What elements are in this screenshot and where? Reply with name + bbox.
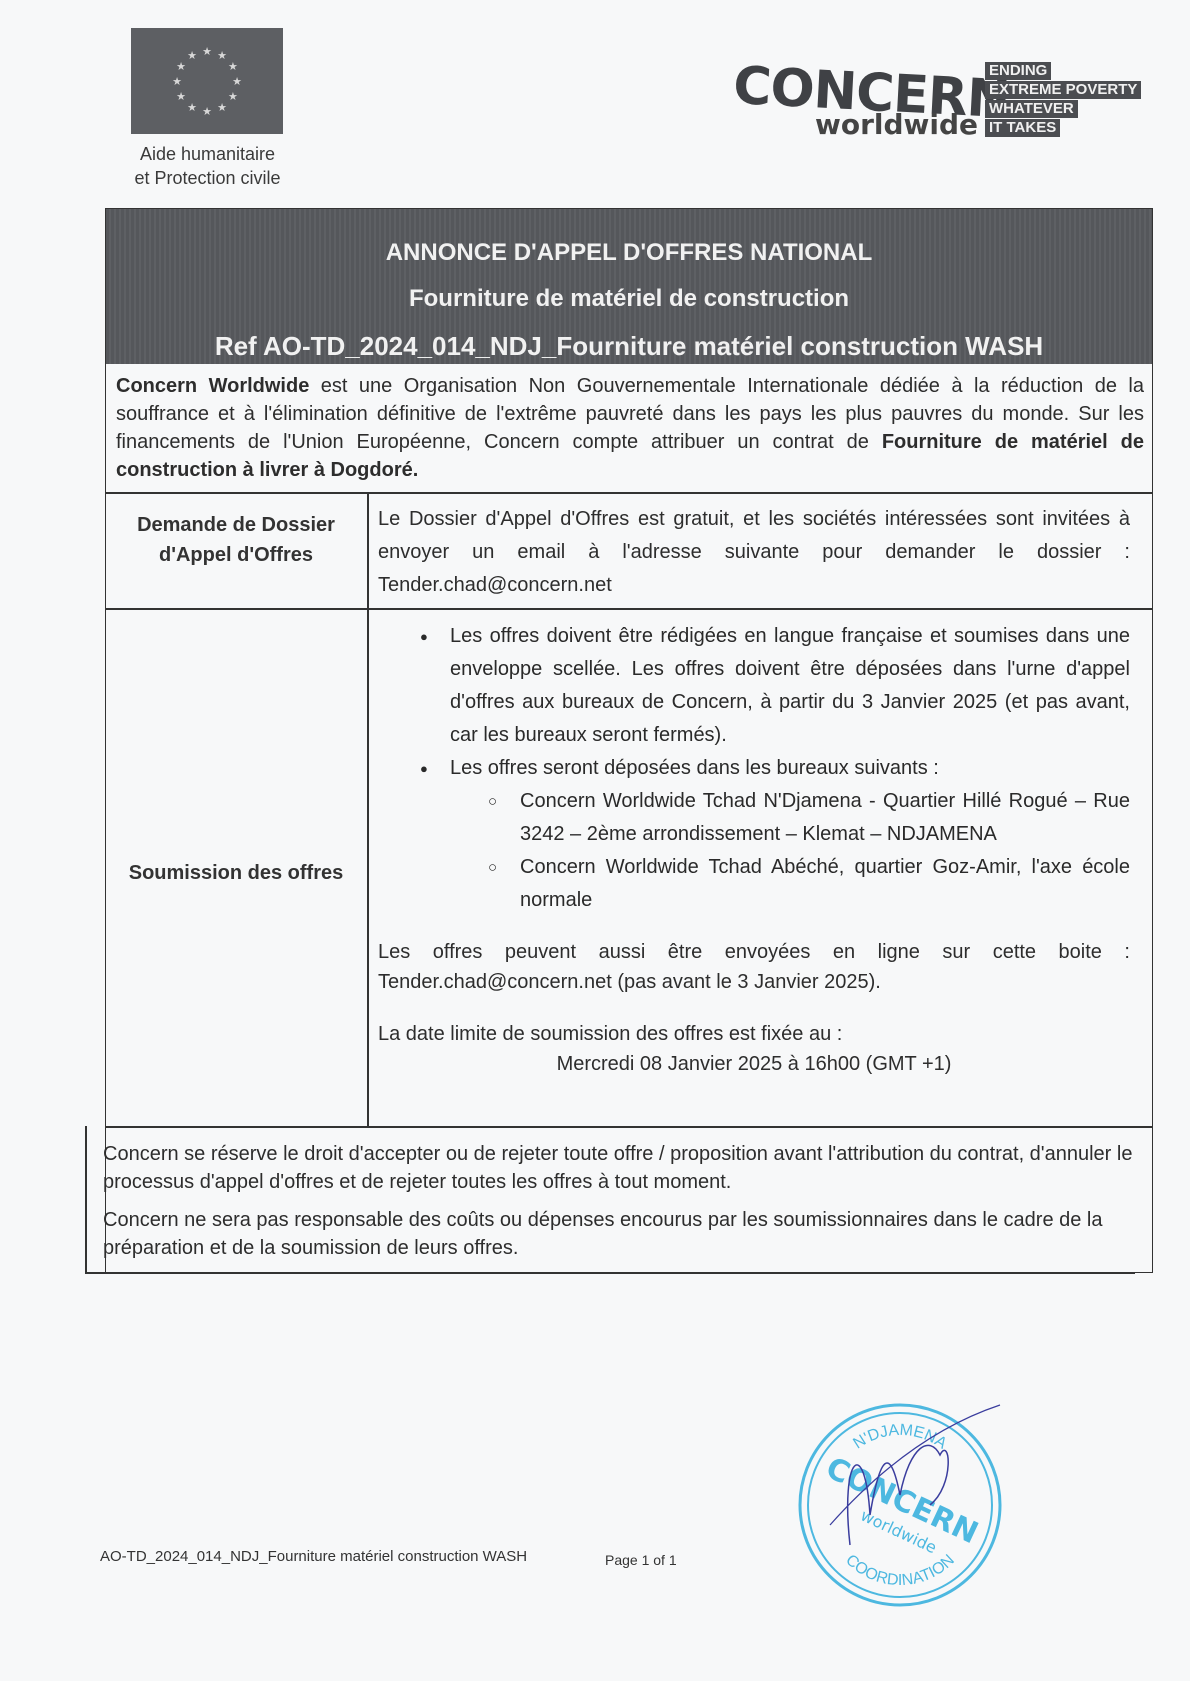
svg-text:★: ★ (176, 91, 186, 103)
svg-text:★: ★ (202, 106, 212, 118)
svg-text:★: ★ (232, 76, 242, 88)
office-list: Concern Worldwide Tchad N'Djamena - Quar… (450, 785, 1130, 917)
submission-bullets: Les offres doivent être rédigées en lang… (378, 620, 1130, 917)
row-text-demande-dossier: Le Dossier d'Appel d'Offres est gratuit,… (378, 503, 1130, 602)
row-label-soumission: Soumission des offres (110, 858, 362, 888)
title-band: ANNONCE D'APPEL D'OFFRES NATIONAL Fourni… (106, 209, 1152, 364)
submission-content: Les offres doivent être rédigées en lang… (378, 620, 1130, 1079)
official-stamp: N'DJAMENA COORDINATION CONCERN worldwide (790, 1395, 1010, 1615)
notes-left-border (85, 1126, 87, 1273)
footer-page-number: Page 1 of 1 (605, 1552, 677, 1568)
disclaimer-1: Concern se réserve le droit d'accepter o… (103, 1140, 1153, 1196)
eu-flag-logo: ★★★★★★★★★★★★ (131, 28, 283, 134)
office-item: Concern Worldwide Tchad Abéché, quartier… (450, 851, 1130, 917)
svg-text:COORDINATION: COORDINATION (842, 1552, 958, 1590)
svg-text:★: ★ (228, 91, 238, 103)
eu-flag-icon: ★★★★★★★★★★★★ (131, 28, 283, 134)
title-line1: ANNONCE D'APPEL D'OFFRES NATIONAL (106, 239, 1152, 267)
divider (105, 492, 1153, 494)
svg-text:★: ★ (187, 102, 197, 114)
svg-text:★: ★ (176, 61, 186, 73)
disclaimer-notes: Concern se réserve le droit d'accepter o… (103, 1140, 1153, 1272)
deadline-intro: La date limite de soumission des offres … (378, 1019, 1130, 1049)
svg-text:★: ★ (228, 61, 238, 73)
concern-logo-sub: worldwide (815, 108, 978, 141)
svg-text:★: ★ (187, 50, 197, 62)
deadline-date: Mercredi 08 Janvier 2025 à 16h00 (GMT +1… (378, 1049, 1130, 1079)
row-label-demande-dossier: Demande de Dossier d'Appel d'Offres (110, 510, 362, 570)
online-submission-text: Les offres peuvent aussi être envoyées e… (378, 937, 1130, 997)
svg-text:★: ★ (172, 76, 182, 88)
divider (105, 608, 1153, 610)
eu-logo-caption: Aide humanitaire et Protection civile (110, 142, 305, 190)
column-divider (367, 492, 369, 1127)
list-item: Les offres seront déposées dans les bure… (378, 752, 1130, 917)
intro-paragraph: Concern Worldwide est une Organisation N… (116, 372, 1144, 484)
concern-tagline: ENDING EXTREME POVERTY WHATEVER IT TAKES (985, 62, 1141, 138)
title-reference: Ref AO-TD_2024_014_NDJ_Fourniture matéri… (106, 331, 1152, 362)
svg-text:★: ★ (202, 46, 212, 58)
footer-doc-reference: AO-TD_2024_014_NDJ_Fourniture matériel c… (100, 1548, 527, 1565)
svg-text:★: ★ (217, 50, 227, 62)
office-item: Concern Worldwide Tchad N'Djamena - Quar… (450, 785, 1130, 851)
title-line2: Fourniture de matériel de construction (106, 285, 1152, 313)
disclaimer-2: Concern ne sera pas responsable des coût… (103, 1206, 1153, 1262)
svg-text:★: ★ (217, 102, 227, 114)
list-item: Les offres doivent être rédigées en lang… (378, 620, 1130, 752)
notes-bottom-border (85, 1272, 1135, 1274)
divider (105, 1126, 1153, 1128)
